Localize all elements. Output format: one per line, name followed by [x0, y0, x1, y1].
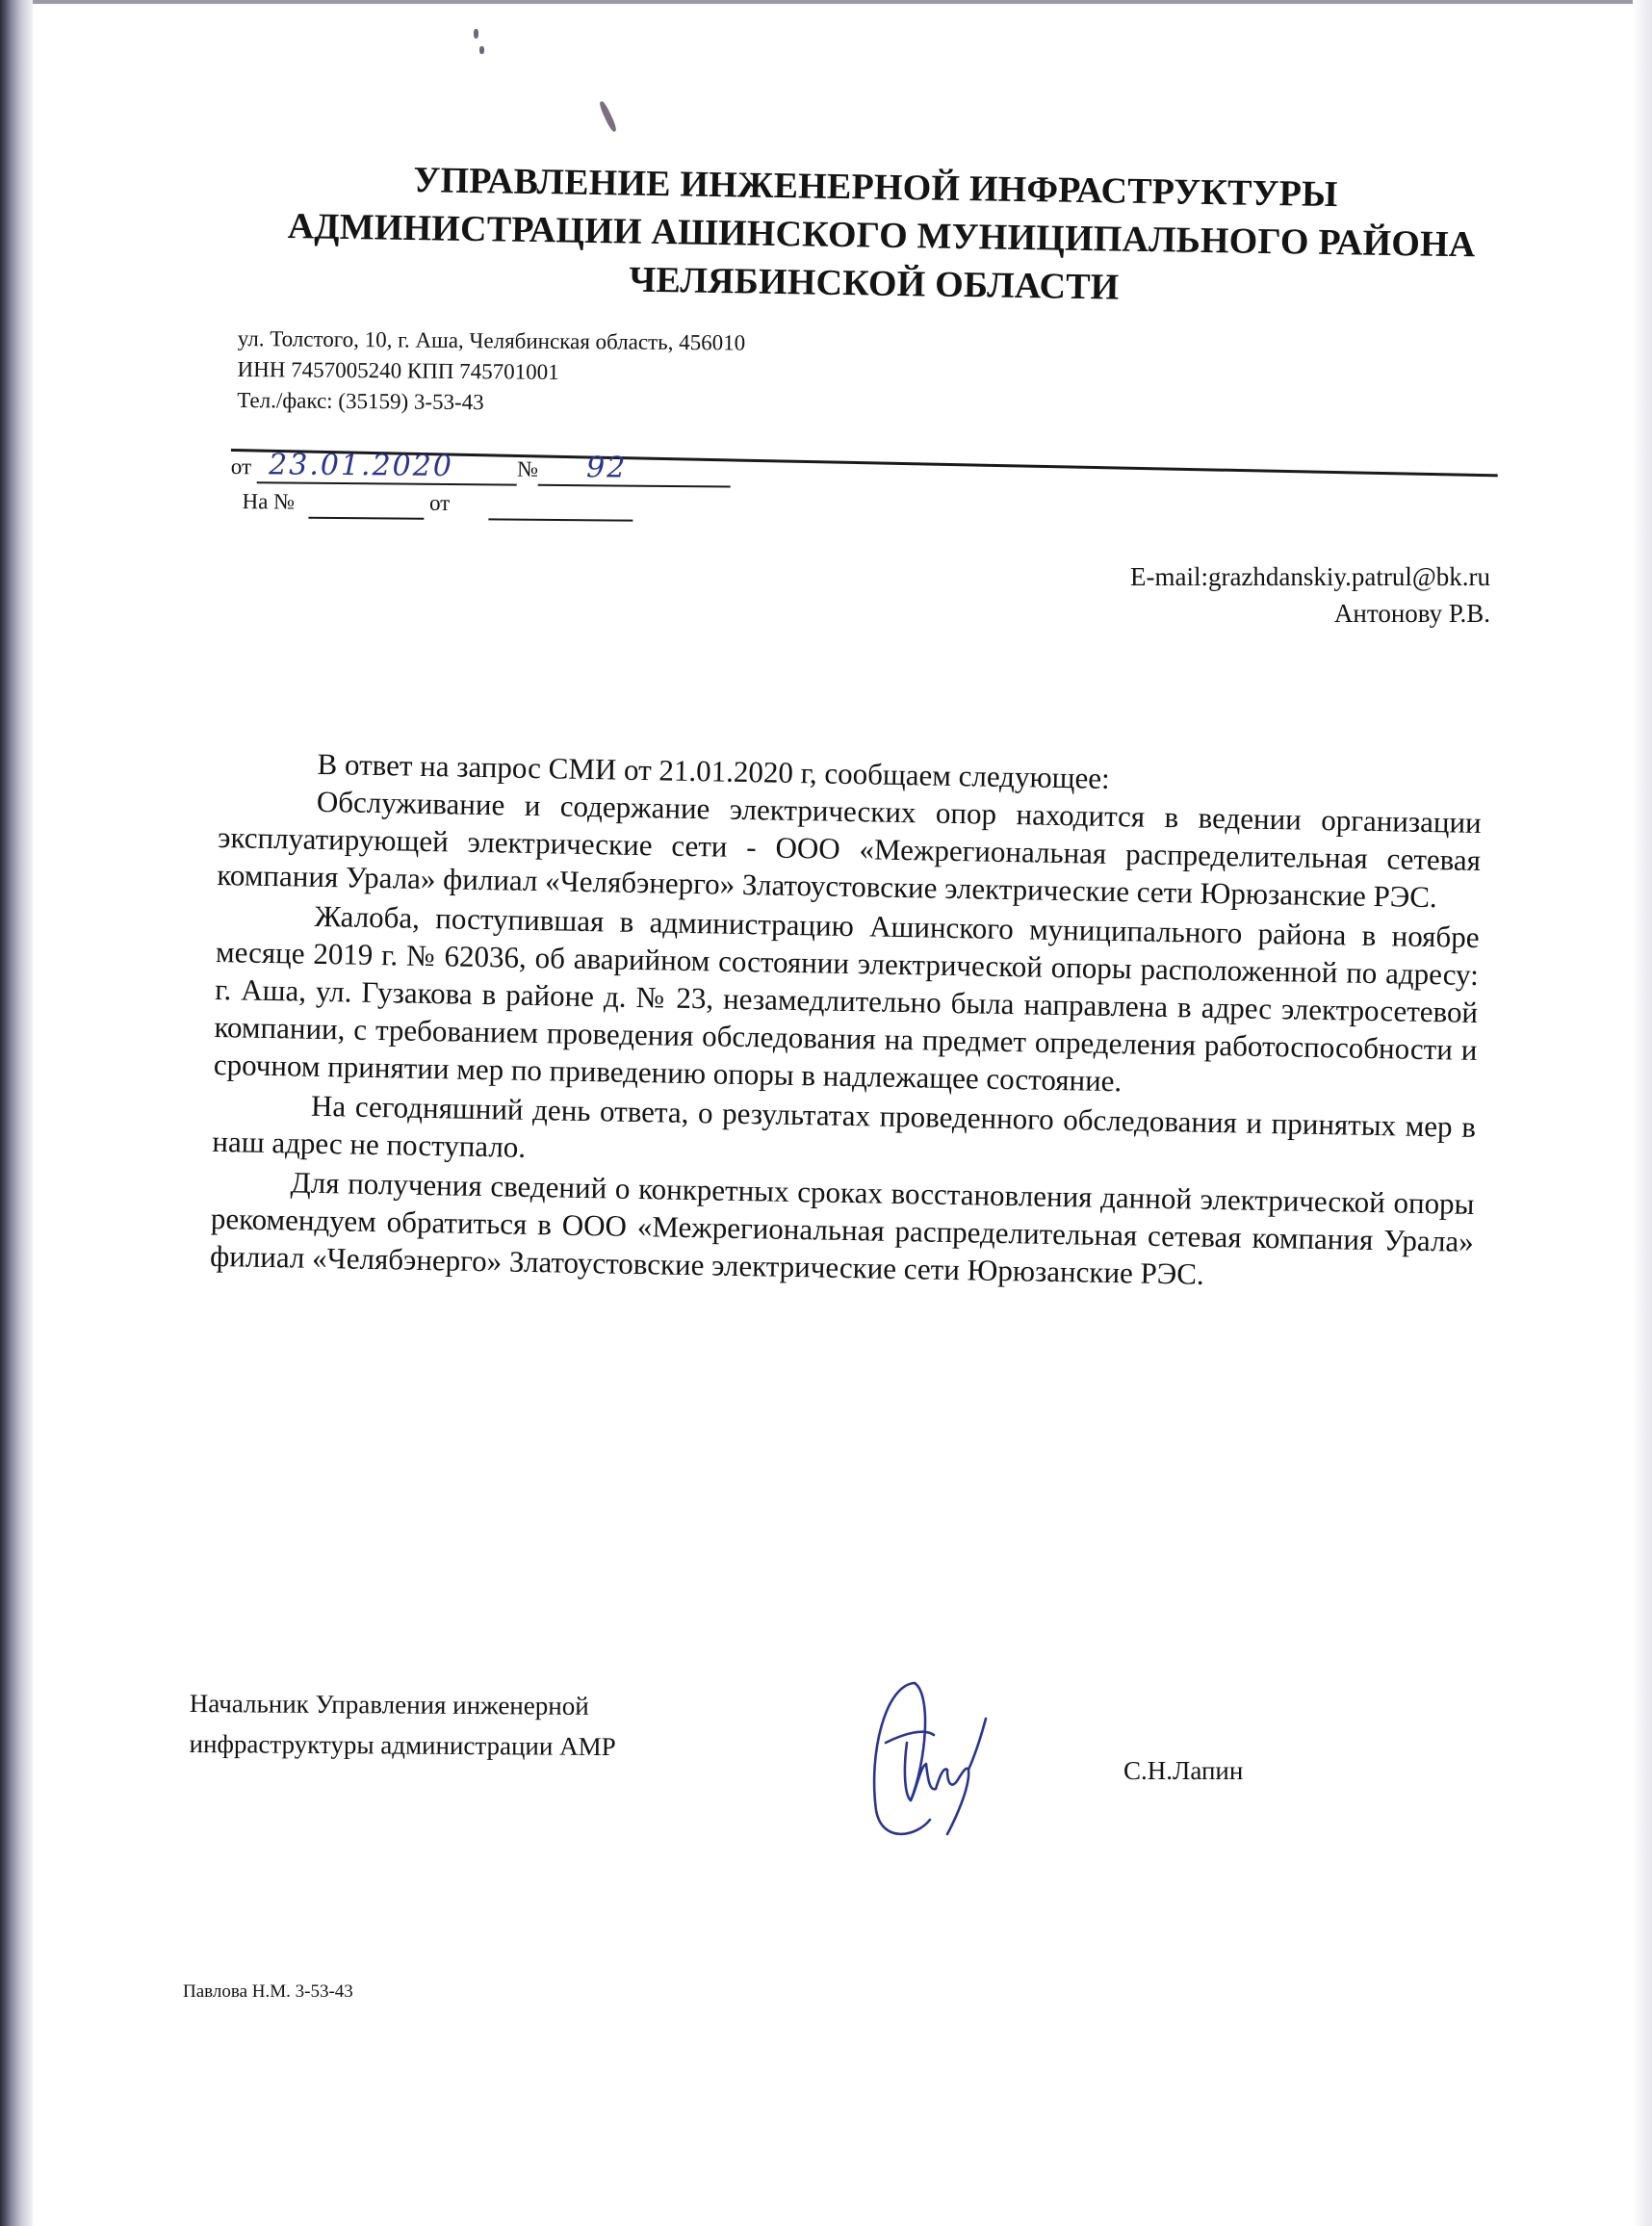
scan-border-left — [0, 0, 33, 2226]
position-line: инфраструктуры администрации АМР — [189, 1723, 615, 1767]
handwritten-date: 23.01.2020 — [269, 449, 453, 483]
date-field: 23.01.2020 — [257, 456, 517, 485]
address: ул. Толстого, 10, г. Аша, Челябинская об… — [238, 324, 746, 359]
number-field: 92 — [538, 459, 731, 488]
signatory-position: Начальник Управления инженерной инфрастр… — [189, 1683, 616, 1767]
date-label: от — [231, 451, 252, 483]
position-line: Начальник Управления инженерной — [190, 1683, 616, 1726]
handwritten-number: 92 — [586, 452, 627, 484]
reply-number-label: На № — [242, 485, 295, 518]
scan-speck — [598, 100, 618, 133]
recipient-name: Антонову Р.В. — [1130, 595, 1490, 632]
reply-date-label: от — [429, 487, 451, 520]
registration-block: от 23.01.2020 № 92 На № от — [230, 451, 731, 523]
body-paragraph: Для получения сведений о конкретных срок… — [210, 1162, 1475, 1298]
recipient-email: E-mail:grazhdanskiy.patrul@bk.ru — [1130, 558, 1490, 595]
phone-fax: Тел./факс: (35159) 3-53-43 — [237, 385, 745, 421]
signer-name: С.Н.Лапин — [1123, 1756, 1243, 1786]
outgoing-registration: от 23.01.2020 № 92 — [231, 451, 731, 488]
letter-page: УПРАВЛЕНИЕ ИНЖЕНЕРНОЙ ИНФРАСТРУКТУРЫ АДМ… — [0, 0, 1652, 2226]
scan-speck — [479, 46, 484, 54]
organization-requisites: ул. Толстого, 10, г. Аша, Челябинская об… — [237, 324, 745, 421]
executor-contact: Павлова Н.М. 3-53-43 — [183, 1981, 353, 2003]
scan-border-top — [0, 0, 1652, 4]
scan-border-right — [1633, 0, 1652, 2226]
body-paragraph: Жалоба, поступившая в администрацию Ашин… — [214, 895, 1480, 1106]
handwritten-signature-icon — [847, 1675, 1059, 1849]
letterhead-title: УПРАВЛЕНИЕ ИНЖЕНЕРНОЙ ИНФРАСТРУКТУРЫ АДМ… — [287, 154, 1463, 317]
tax-ids: ИНН 7457005240 КПП 745701001 — [237, 354, 745, 390]
number-label: № — [517, 453, 538, 486]
reply-number-field — [308, 492, 424, 520]
scan-speck — [474, 29, 478, 39]
body-paragraph: Обслуживание и содержание электрических … — [217, 781, 1482, 917]
recipient-block: E-mail:grazhdanskiy.patrul@bk.ru Антонов… — [1130, 558, 1490, 632]
letter-body: В ответ на запрос СМИ от 21.01.2020 г, с… — [210, 743, 1483, 1298]
incoming-reference: На № от — [230, 485, 730, 523]
reply-date-field — [488, 493, 632, 521]
